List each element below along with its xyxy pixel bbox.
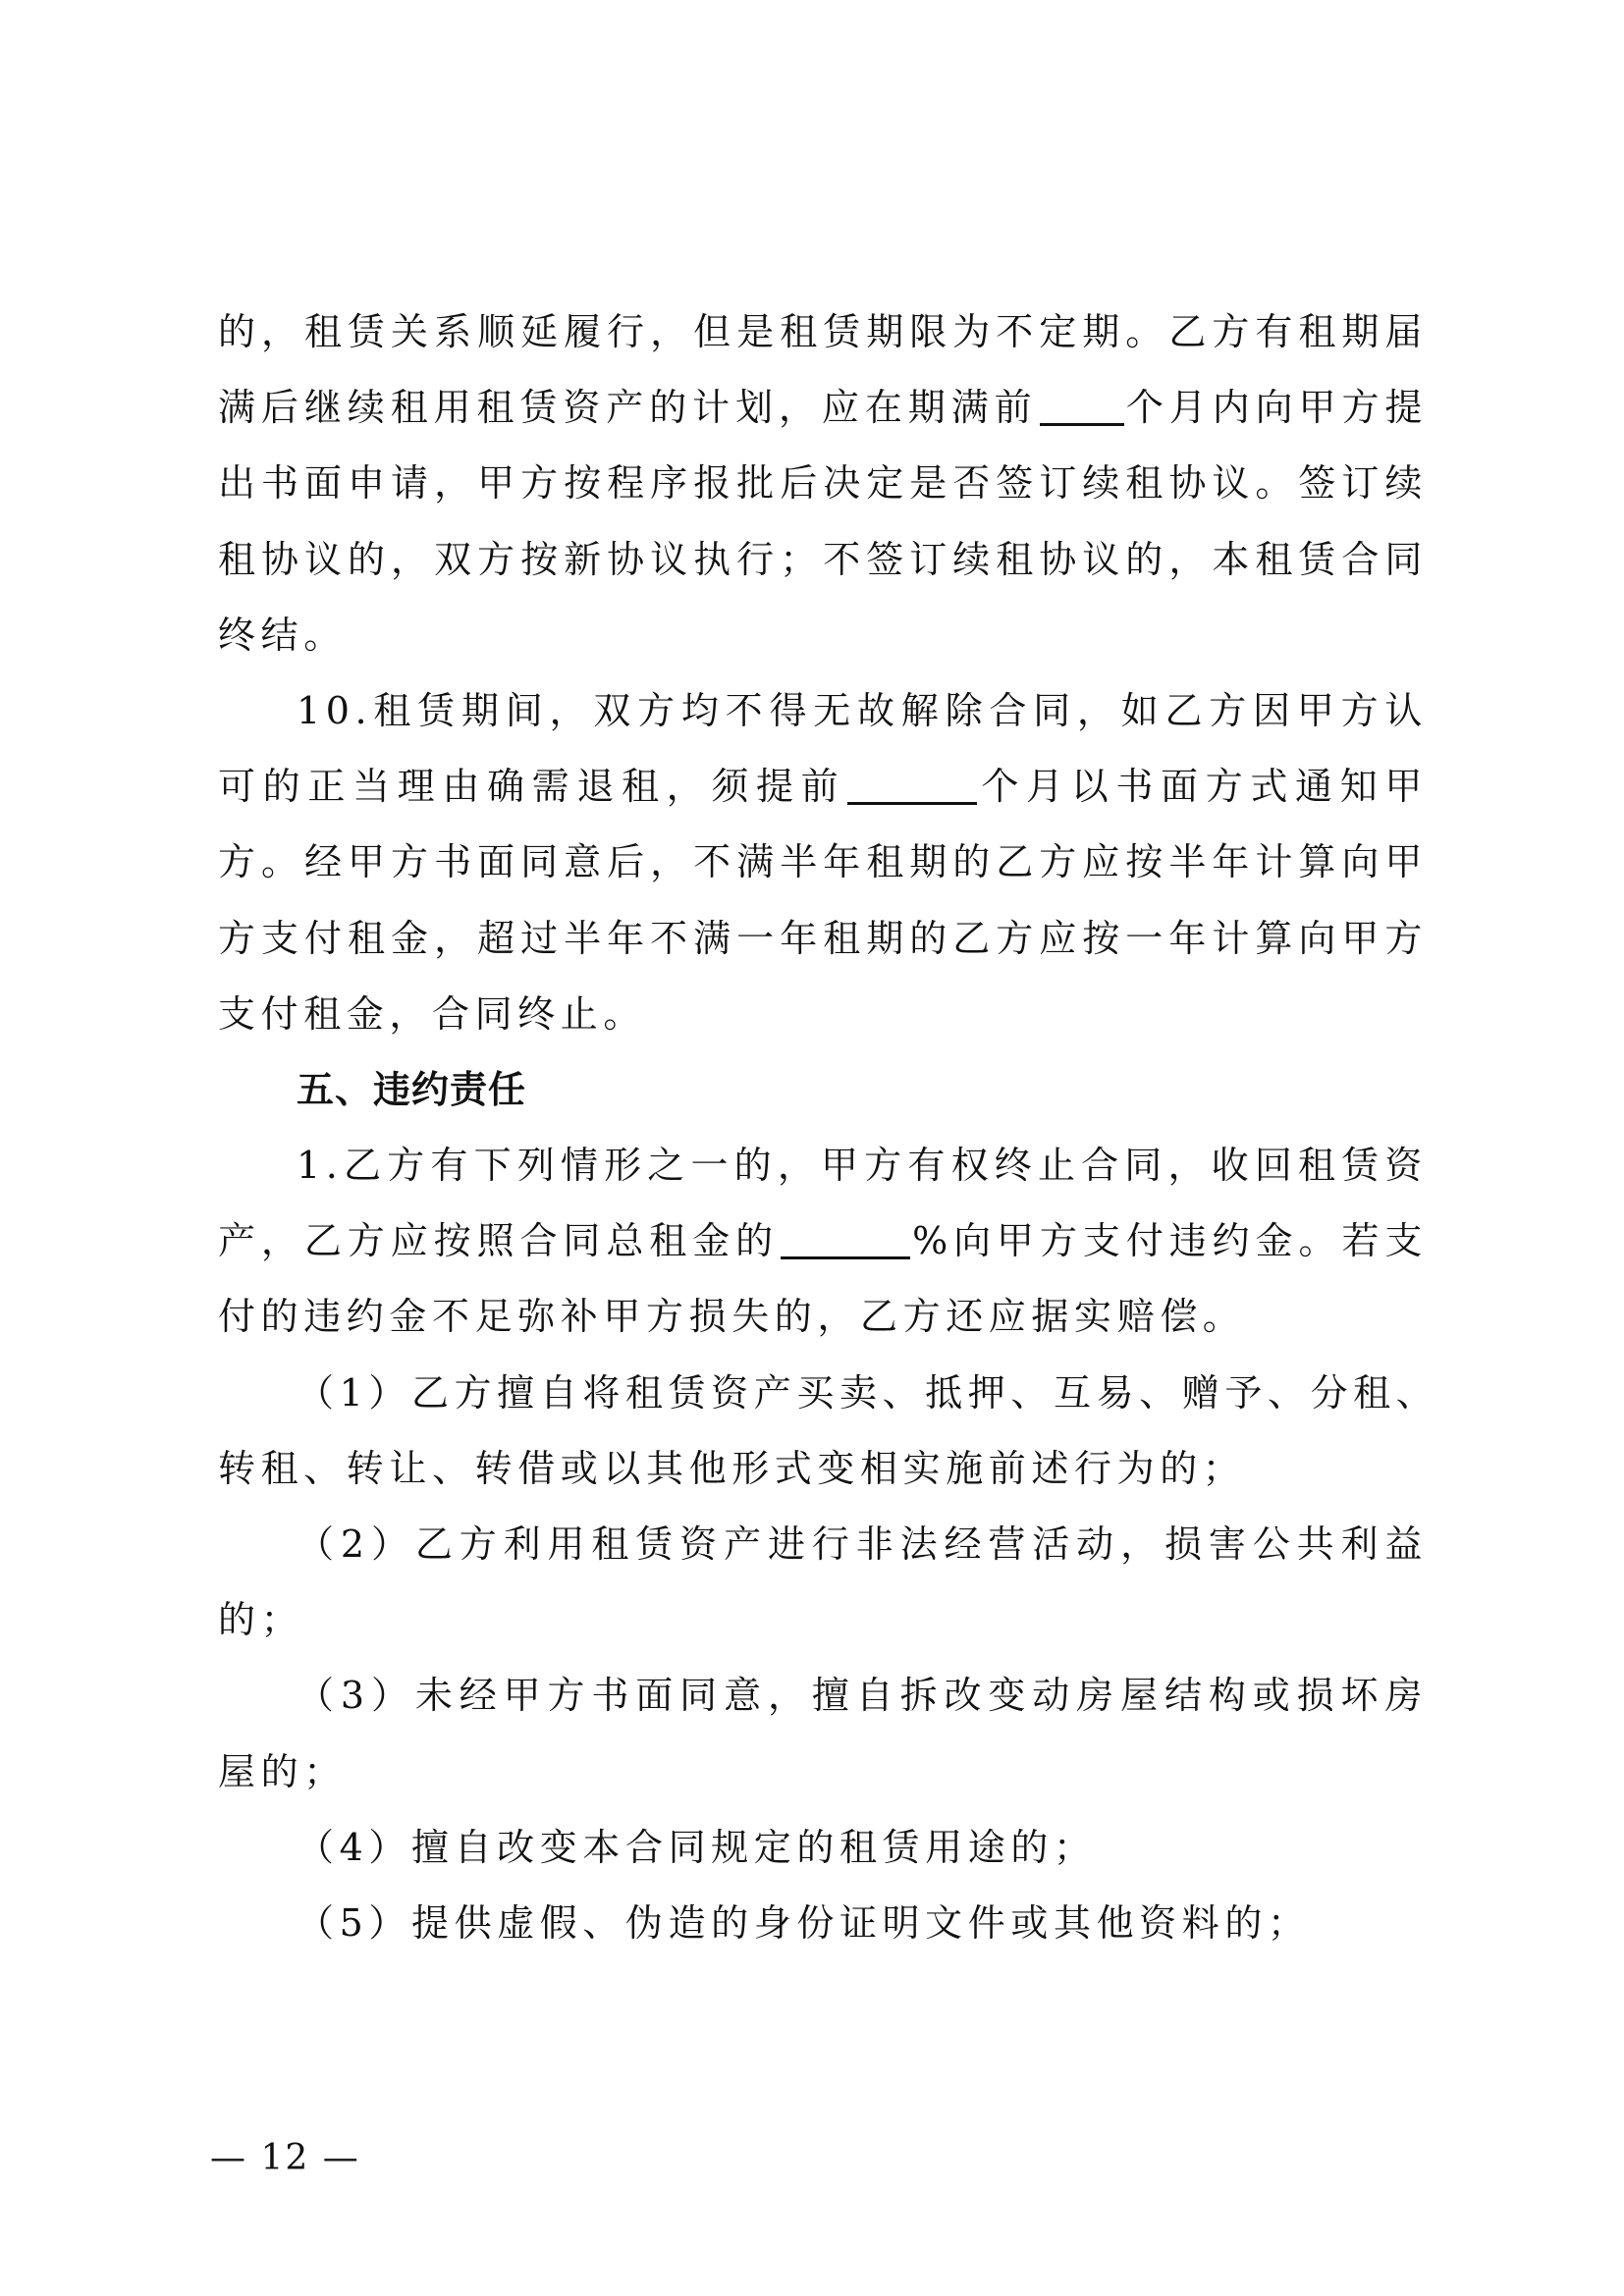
fill-in-blank-notice-months[interactable]	[847, 765, 977, 805]
text-line: （3）未经甲方书面同意，擅自拆改变动房屋结构或损坏房	[218, 1658, 1428, 1734]
clause-1: 1.乙方有下列情形之一的，甲方有权终止合同，收回租赁资 产，乙方应按照合同总租金…	[218, 1128, 1428, 1356]
text-line: 终结。	[218, 598, 1428, 673]
text-line: （4）擅自改变本合同规定的租赁用途的；	[218, 1810, 1428, 1886]
text-segment: 个月内向甲方提	[1126, 386, 1428, 429]
list-item: （2）乙方利用租赁资产进行非法经营活动，损害公共利益 的；	[218, 1507, 1428, 1658]
text-line: 转租、转让、转借或以其他形式变相实施前述行为的；	[218, 1431, 1428, 1507]
text-line: 的；	[218, 1582, 1428, 1658]
text-line: 方。经甲方书面同意后，不满半年租期的乙方应按半年计算向甲	[218, 825, 1428, 900]
text-segment: %向甲方支付违约金。若支	[912, 1219, 1428, 1262]
text-segment: 满后继续租用租赁资产的计划，应在期满前	[218, 386, 1038, 429]
page-number: — 12 —	[210, 2138, 360, 2178]
text-line: 1.乙方有下列情形之一的，甲方有权终止合同，收回租赁资	[218, 1128, 1428, 1203]
list-item: （5）提供虚假、伪造的身份证明文件或其他资料的；	[218, 1886, 1428, 1961]
list-item: （3）未经甲方书面同意，擅自拆改变动房屋结构或损坏房 屋的；	[218, 1658, 1428, 1809]
document-page: 的，租赁关系顺延履行，但是租赁期限为不定期。乙方有租期届 满后继续租用租赁资产的…	[218, 294, 1428, 1961]
fill-in-blank-months[interactable]	[1040, 386, 1124, 426]
text-line: 方支付租金，超过半年不满一年租期的乙方应按一年计算向甲方	[218, 901, 1428, 977]
text-line: 的，租赁关系顺延履行，但是租赁期限为不定期。乙方有租期届	[218, 294, 1428, 370]
text-line: 10.租赁期间，双方均不得无故解除合同，如乙方因甲方认	[218, 673, 1428, 749]
text-segment: 可的正当理由确需退租，须提前	[218, 765, 845, 808]
text-line: 出书面申请，甲方按程序报批后决定是否签订续租协议。签订续	[218, 446, 1428, 521]
paragraph-termination: 10.租赁期间，双方均不得无故解除合同，如乙方因甲方认 可的正当理由确需退租，须…	[218, 673, 1428, 1052]
list-item: （4）擅自改变本合同规定的租赁用途的；	[218, 1810, 1428, 1886]
text-line: （2）乙方利用租赁资产进行非法经营活动，损害公共利益	[218, 1507, 1428, 1582]
list-item: （1）乙方擅自将租赁资产买卖、抵押、互易、赠予、分租、 转租、转让、转借或以其他…	[218, 1356, 1428, 1507]
text-line-with-blank: 满后继续租用租赁资产的计划，应在期满前个月内向甲方提	[218, 370, 1428, 446]
text-segment: 产，乙方应按照合同总租金的	[218, 1219, 779, 1262]
fill-in-blank-penalty-percent[interactable]	[781, 1219, 910, 1259]
text-segment: 个月以书面方式通知甲	[979, 765, 1428, 808]
text-line: 租协议的，双方按新协议执行；不签订续租协议的，本租赁合同	[218, 522, 1428, 598]
text-line: 支付租金，合同终止。	[218, 977, 1428, 1052]
text-line-with-blank: 产，乙方应按照合同总租金的%向甲方支付违约金。若支	[218, 1203, 1428, 1279]
text-line: （5）提供虚假、伪造的身份证明文件或其他资料的；	[218, 1886, 1428, 1961]
text-line: 付的违约金不足弥补甲方损失的，乙方还应据实赔偿。	[218, 1279, 1428, 1355]
text-line: （1）乙方擅自将租赁资产买卖、抵押、互易、赠予、分租、	[218, 1356, 1428, 1431]
text-line: 屋的；	[218, 1735, 1428, 1810]
text-line-with-blank: 可的正当理由确需退租，须提前个月以书面方式通知甲	[218, 749, 1428, 825]
paragraph-renewal: 的，租赁关系顺延履行，但是租赁期限为不定期。乙方有租期届 满后继续租用租赁资产的…	[218, 294, 1428, 673]
section-heading: 五、违约责任	[218, 1052, 1428, 1128]
